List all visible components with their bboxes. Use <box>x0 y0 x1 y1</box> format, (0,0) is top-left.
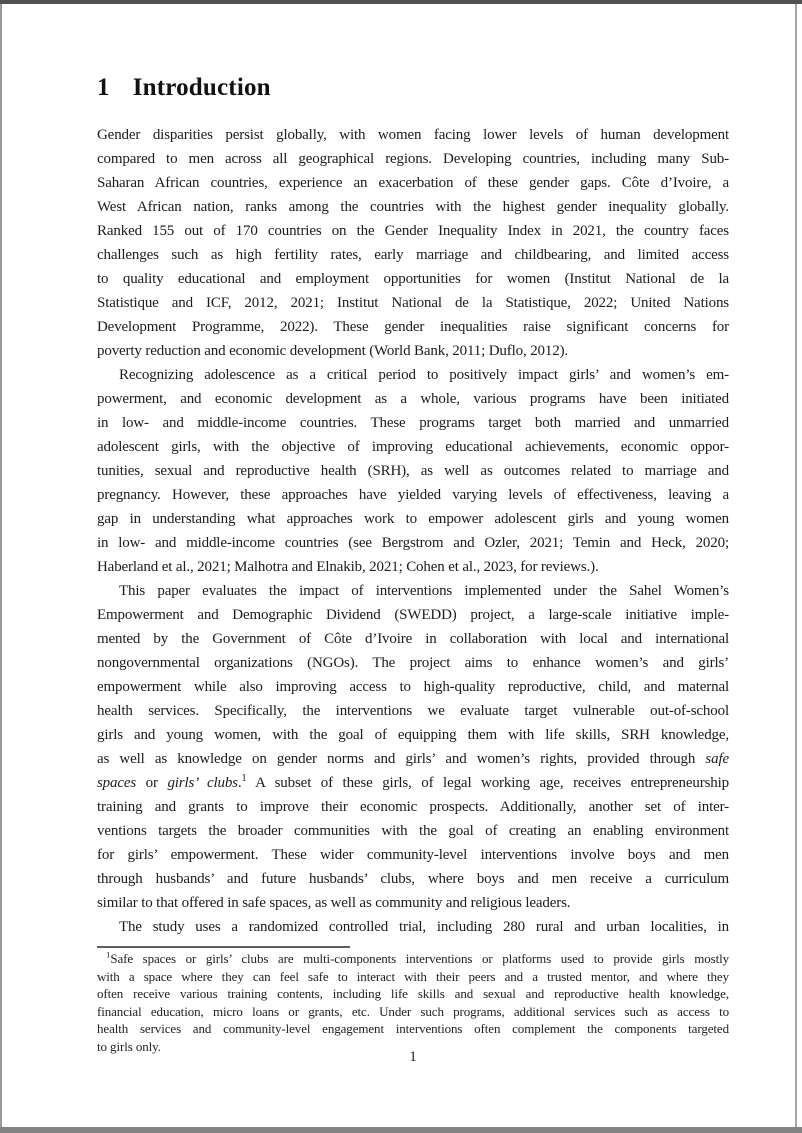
text-line: Saharan African countries, experience an… <box>97 171 729 195</box>
text-line: for girls’ empowerment. These wider comm… <box>97 843 729 867</box>
footnote-line: often receive various training contents,… <box>97 985 729 1003</box>
text-line: Recognizing adolescence as a critical pe… <box>97 363 729 387</box>
text-line: to quality educational and employment op… <box>97 267 729 291</box>
footnote-line: with a space where they can feel safe to… <box>97 968 729 986</box>
section-heading: 1Introduction <box>97 74 729 102</box>
page-top-edge <box>0 0 802 4</box>
page-right-edge <box>795 4 797 1127</box>
text-line: similar to that offered in safe spaces, … <box>97 891 729 915</box>
text-line: through husbands’ and future husbands’ c… <box>97 867 729 891</box>
text-line: mented by the Government of Côte d’Ivoir… <box>97 627 729 651</box>
text-line: spaces or girls’ clubs.1 A subset of the… <box>97 771 729 795</box>
footnote-rule <box>97 946 350 948</box>
text-line: powerment, and economic development as a… <box>97 387 729 411</box>
text-line: Statistique and ICF, 2012, 2021; Institu… <box>97 291 729 315</box>
footnote-line: 1Safe spaces or girls’ clubs are multi-c… <box>97 950 729 968</box>
text-line: as well as knowledge on gender norms and… <box>97 747 729 771</box>
text-line: girls and young women, with the goal of … <box>97 723 729 747</box>
page-left-edge <box>0 4 2 1127</box>
section-title: Introduction <box>133 74 271 101</box>
text-line: training and grants to improve their eco… <box>97 795 729 819</box>
text-line: empowerment while also improving access … <box>97 675 729 699</box>
text-line: Haberland et al., 2021; Malhotra and Eln… <box>97 555 729 579</box>
text-line: health services. Specifically, the inter… <box>97 699 729 723</box>
text-line: Empowerment and Demographic Dividend (SW… <box>97 603 729 627</box>
text-line: West African nation, ranks among the cou… <box>97 195 729 219</box>
text-line: challenges such as high fertility rates,… <box>97 243 729 267</box>
text-line: in low- and middle-income countries. The… <box>97 411 729 435</box>
text-line: nongovernmental organizations (NGOs). Th… <box>97 651 729 675</box>
text-line: The study uses a randomized controlled t… <box>97 915 729 939</box>
body-text: Gender disparities persist globally, wit… <box>97 123 729 939</box>
text-line: Ranked 155 out of 170 countries on the G… <box>97 219 729 243</box>
text-line: in low- and middle-income countries (see… <box>97 531 729 555</box>
text-line: tunities, sexual and reproductive health… <box>97 459 729 483</box>
section-number: 1 <box>97 74 110 101</box>
footnote-line: financial education, micro loans or gran… <box>97 1003 729 1021</box>
text-line: ventions targets the broader communities… <box>97 819 729 843</box>
text-line: gap in understanding what approaches wor… <box>97 507 729 531</box>
text-line: poverty reduction and economic developme… <box>97 339 729 363</box>
page-number: 1 <box>97 1049 729 1066</box>
text-line: Development Programme, 2022). These gend… <box>97 315 729 339</box>
page-bottom-edge <box>0 1127 802 1133</box>
text-line: compared to men across all geographical … <box>97 147 729 171</box>
text-line: Gender disparities persist globally, wit… <box>97 123 729 147</box>
footnote: 1Safe spaces or girls’ clubs are multi-c… <box>97 950 729 1056</box>
text-line: This paper evaluates the impact of inter… <box>97 579 729 603</box>
text-line: adolescent girls, with the objective of … <box>97 435 729 459</box>
footnote-line: health services and community-level enga… <box>97 1020 729 1038</box>
text-line: pregnancy. However, these approaches hav… <box>97 483 729 507</box>
